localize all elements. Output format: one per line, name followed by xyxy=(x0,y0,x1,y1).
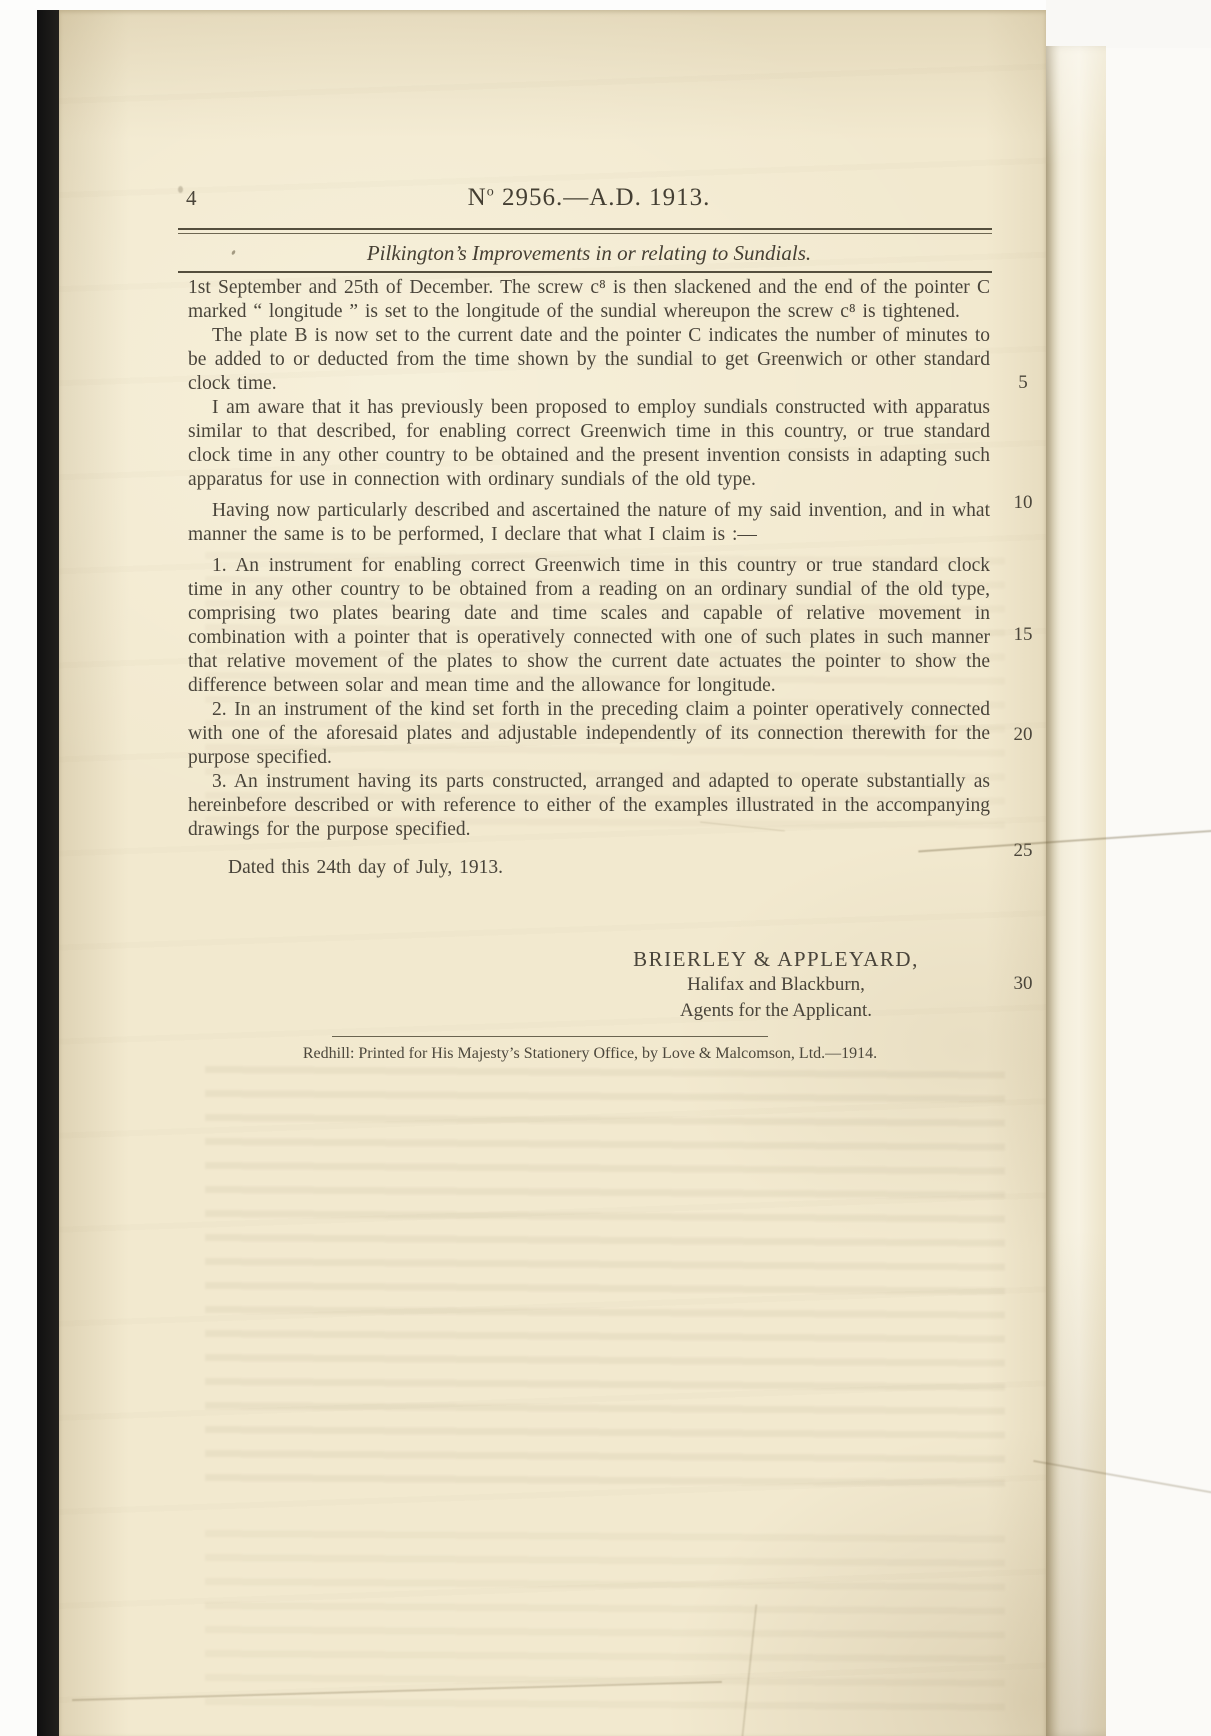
dated-line: Dated this 24th day of July, 1913. xyxy=(188,856,990,880)
claim-3: 3. An instrument having its parts constr… xyxy=(188,770,990,842)
fold-top-corner xyxy=(1046,0,1211,48)
line-number-15: 15 xyxy=(1000,624,1046,646)
body-paragraph: The plate B is now set to the current da… xyxy=(188,324,990,396)
scan-margin-left xyxy=(0,0,38,1736)
scan-dark-edge xyxy=(37,6,59,1736)
signature-role: Agents for the Applicant. xyxy=(560,998,992,1024)
signature-firm: BRIERLEY & APPLEYARD, xyxy=(560,946,992,972)
body-paragraph: I am aware that it has previously been p… xyxy=(188,396,990,492)
line-number-10: 10 xyxy=(1000,492,1046,514)
document-title: Pilkington’s Improvements in or relating… xyxy=(188,241,990,266)
patent-number-and-date: 2956.—A.D. 1913. xyxy=(495,184,711,211)
patent-number-prefix: N xyxy=(468,184,487,211)
signature-block: BRIERLEY & APPLEYARD, Halifax and Blackb… xyxy=(560,946,992,1024)
margin-line-numbers: 5 10 15 20 25 30 xyxy=(1000,0,1046,1736)
scanned-patent-page: 4 No 2956.—A.D. 1913. Pilkington’s Impro… xyxy=(0,0,1211,1736)
line-number-5: 5 xyxy=(1000,372,1046,394)
line-number-20: 20 xyxy=(1000,724,1046,746)
patent-number-ordinal: o xyxy=(487,185,495,200)
body-paragraph-continuation: 1st September and 25th of December. The … xyxy=(188,276,990,324)
line-number-25: 25 xyxy=(1000,840,1046,862)
scan-margin-right xyxy=(1106,0,1211,1736)
patent-body: 1st September and 25th of December. The … xyxy=(188,276,990,880)
line-number-30: 30 xyxy=(1000,973,1046,995)
page-fold-edge xyxy=(1046,46,1106,1736)
claims-preamble: Having now particularly described and as… xyxy=(188,499,990,547)
claim-2: 2. In an instrument of the kind set fort… xyxy=(188,698,990,770)
claim-1: 1. An instrument for enabling correct Gr… xyxy=(188,554,990,698)
patent-header: No 2956.—A.D. 1913. xyxy=(188,184,990,212)
imprint-line: Redhill: Printed for His Majesty’s Stati… xyxy=(150,1045,1030,1063)
signature-location: Halifax and Blackburn, xyxy=(560,972,992,998)
